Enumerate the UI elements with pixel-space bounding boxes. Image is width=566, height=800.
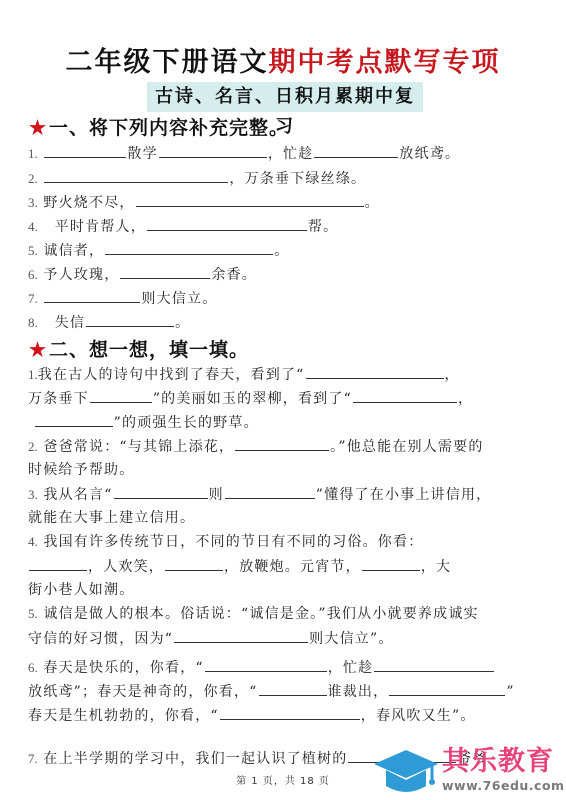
answer-blank[interactable] <box>165 556 223 571</box>
text: 。”他总能在别人需要的 <box>330 439 483 455</box>
answer-blank[interactable] <box>159 143 267 158</box>
text: ”的美丽如玉的翠柳，看到了“ <box>153 391 352 407</box>
answer-blank[interactable] <box>44 143 126 158</box>
text: ”懂得了在小事上讲信用， <box>316 487 492 503</box>
watermark-logo: 其乐教育 www.76edu.com <box>372 744 566 800</box>
s2-q6-line1: 6. 春天是快乐的，你看，“，忙趁 <box>28 657 495 678</box>
answer-blank[interactable] <box>44 168 228 183</box>
item-number: 7. <box>28 289 38 309</box>
answer-blank[interactable] <box>353 388 457 403</box>
text: 平时肯帮人， <box>55 219 146 235</box>
text: 我国有许多传统节日，不同的节日有不同的习俗。你看： <box>43 534 423 550</box>
s2-q4-line1: 4. 我国有许多传统节日，不同的节日有不同的习俗。你看： <box>28 532 423 552</box>
text: 我在古人的诗句中找到了春天，看到了“ <box>38 367 305 383</box>
s1-item-1: 1. 散学，忙趁放纸鸢。 <box>28 143 460 164</box>
answer-blank[interactable] <box>114 484 208 499</box>
s2-q1-line1: 1.我在古人的诗句中找到了春天，看到了“， <box>28 364 460 385</box>
star-icon: ★ <box>29 339 47 361</box>
text: 野火烧不尽， <box>43 195 134 211</box>
item-number: 5. <box>28 604 38 624</box>
item-number: 2. <box>28 169 38 189</box>
title-black-part: 二年级下册语文 <box>66 47 269 78</box>
item-number: 7. <box>28 749 38 769</box>
answer-blank[interactable] <box>205 657 327 672</box>
item-number: 1. <box>28 365 38 385</box>
s1-item-4: 4. 平时肯帮人，帮。 <box>28 216 338 237</box>
item-number: 3. <box>28 485 38 505</box>
answer-blank[interactable] <box>389 681 505 696</box>
s2-q5-line2: 守信的好习惯，因为“则大信立”。 <box>28 628 394 649</box>
text: 散学 <box>127 146 157 162</box>
s2-q1-line2: 万条垂下”的美丽如玉的翠柳，看到了“， <box>28 388 473 409</box>
answer-blank[interactable] <box>259 681 327 696</box>
s1-item-8: 8. 失信。 <box>28 312 190 333</box>
answer-blank[interactable] <box>174 628 308 643</box>
answer-blank[interactable] <box>105 240 273 255</box>
s1-item-6: 6. 予人玫瑰，余香。 <box>28 264 257 285</box>
s2-q1-line3: ”的顽强生长的野草。 <box>28 412 259 433</box>
text: ，万条垂下绿丝绦。 <box>229 171 366 187</box>
text: 诚信者， <box>43 243 104 259</box>
text: ，春风吹又生”。 <box>361 708 476 724</box>
s2-q5-line1: 5. 诚信是做人的根本。俗话说：“诚信是金。”我们从小就要养成诚实 <box>28 604 479 624</box>
answer-blank[interactable] <box>220 705 360 720</box>
answer-blank[interactable] <box>29 556 87 571</box>
answer-blank[interactable] <box>235 436 329 451</box>
text: 余香。 <box>211 267 257 283</box>
answer-blank[interactable] <box>90 388 152 403</box>
text: 我从名言“ <box>43 487 112 503</box>
text: 诚信是做人的根本。俗话说：“诚信是金。”我们从小就要养成诚实 <box>43 606 478 622</box>
text: 春天是快乐的，你看，“ <box>43 660 203 676</box>
s2-q3-line1: 3. 我从名言“则”懂得了在小事上讲信用， <box>28 484 491 505</box>
text: ，忙趁 <box>328 660 374 676</box>
watermark-url: www.76edu.com <box>442 778 565 793</box>
answer-blank[interactable] <box>314 143 398 158</box>
text: 失信 <box>55 315 85 331</box>
text: ，放鞭炮。元宵节， <box>224 559 361 575</box>
section1-heading: ★一、将下列内容补充完整。 <box>29 116 289 140</box>
s2-q3-line2: 就能在大事上建立信用。 <box>28 508 195 528</box>
text: ”的顽强生长的野草。 <box>114 415 259 431</box>
s2-q4-line2: ，人欢笑，，放鞭炮。元宵节，，大 <box>28 556 451 577</box>
answer-blank[interactable] <box>374 657 494 672</box>
text: 帮。 <box>308 219 338 235</box>
answer-blank[interactable] <box>35 412 113 427</box>
item-number: 6. <box>28 265 38 285</box>
answer-blank[interactable] <box>306 364 444 379</box>
answer-blank[interactable] <box>225 484 315 499</box>
item-number: 2. <box>28 437 38 457</box>
text: 街小巷人如潮。 <box>28 582 134 598</box>
s2-q6-line3: 春天是生机勃勃的，你看，“，春风吹又生”。 <box>28 705 476 726</box>
text: 就能在大事上建立信用。 <box>28 510 195 526</box>
text: ，人欢笑， <box>88 559 164 575</box>
worksheet-page: 二年级下册语文期中考点默写专项 古诗、名言、日积月累期中复习 ★一、将下列内容补… <box>0 0 566 800</box>
s2-q2-line1: 2. 爸爸常说：“与其锦上添花，。”他总能在别人需要的 <box>28 436 484 457</box>
text: 则 <box>209 487 224 503</box>
text: 放纸鸢。 <box>399 146 460 162</box>
item-number: 6. <box>28 658 38 678</box>
text: ， <box>458 391 473 407</box>
text: 在上半学期的学习中，我们一起认识了植树的 <box>43 751 347 767</box>
text: 谁裁出， <box>328 684 389 700</box>
answer-blank[interactable] <box>44 288 140 303</box>
item-number: 3. <box>28 193 38 213</box>
text: 则大信立。 <box>141 291 217 307</box>
section2-heading-text: 二、想一想，填一填。 <box>49 339 249 361</box>
item-number: 4. <box>28 217 38 237</box>
s2-q6-line2: 放纸鸢”；春天是神奇的，你看，“谁裁出，” <box>28 681 515 702</box>
item-number: 1. <box>28 144 38 164</box>
section1-heading-text: 一、将下列内容补充完整。 <box>49 117 289 139</box>
text: 时候给予帮助。 <box>28 462 134 478</box>
answer-blank[interactable] <box>86 312 174 327</box>
s2-q4-line3: 街小巷人如潮。 <box>28 580 134 600</box>
watermark-brand: 其乐教育 <box>442 746 554 778</box>
graduation-cap-icon <box>372 748 440 798</box>
answer-blank[interactable] <box>362 556 420 571</box>
text: 予人玫瑰， <box>43 267 119 283</box>
section2-heading: ★二、想一想，填一填。 <box>29 338 249 362</box>
answer-blank[interactable] <box>136 192 364 207</box>
title-red-part: 期中考点默写专项 <box>269 47 501 78</box>
text: ，大 <box>421 559 451 575</box>
s1-item-7: 7. 则大信立。 <box>28 288 217 309</box>
text: 春天是生机勃勃的，你看，“ <box>28 708 219 724</box>
page-title: 二年级下册语文期中考点默写专项 <box>0 46 566 80</box>
text: ，忙趁 <box>268 146 314 162</box>
text: 。 <box>365 195 380 211</box>
text: 放纸鸢”；春天是神奇的，你看，“ <box>28 684 258 700</box>
text: 守信的好习惯，因为“ <box>28 631 173 647</box>
text: 则大信立”。 <box>309 631 393 647</box>
text: 。 <box>175 315 190 331</box>
item-number: 5. <box>28 241 38 261</box>
item-number: 8. <box>28 313 38 333</box>
s1-item-3: 3. 野火烧不尽，。 <box>28 192 380 213</box>
answer-blank[interactable] <box>147 216 307 231</box>
text: 爸爸常说：“与其锦上添花， <box>43 439 234 455</box>
s2-q2-line2: 时候给予帮助。 <box>28 460 134 480</box>
text: 。 <box>274 243 289 259</box>
s1-item-5: 5. 诚信者，。 <box>28 240 289 261</box>
s1-item-2: 2. ，万条垂下绿丝绦。 <box>28 168 366 189</box>
text: ” <box>506 684 514 700</box>
text: 万条垂下 <box>28 391 89 407</box>
item-number: 4. <box>28 532 38 552</box>
page-subtitle: 古诗、名言、日积月累期中复习 <box>147 82 423 112</box>
answer-blank[interactable] <box>120 264 210 279</box>
text: ， <box>445 367 460 383</box>
star-icon: ★ <box>29 117 47 139</box>
